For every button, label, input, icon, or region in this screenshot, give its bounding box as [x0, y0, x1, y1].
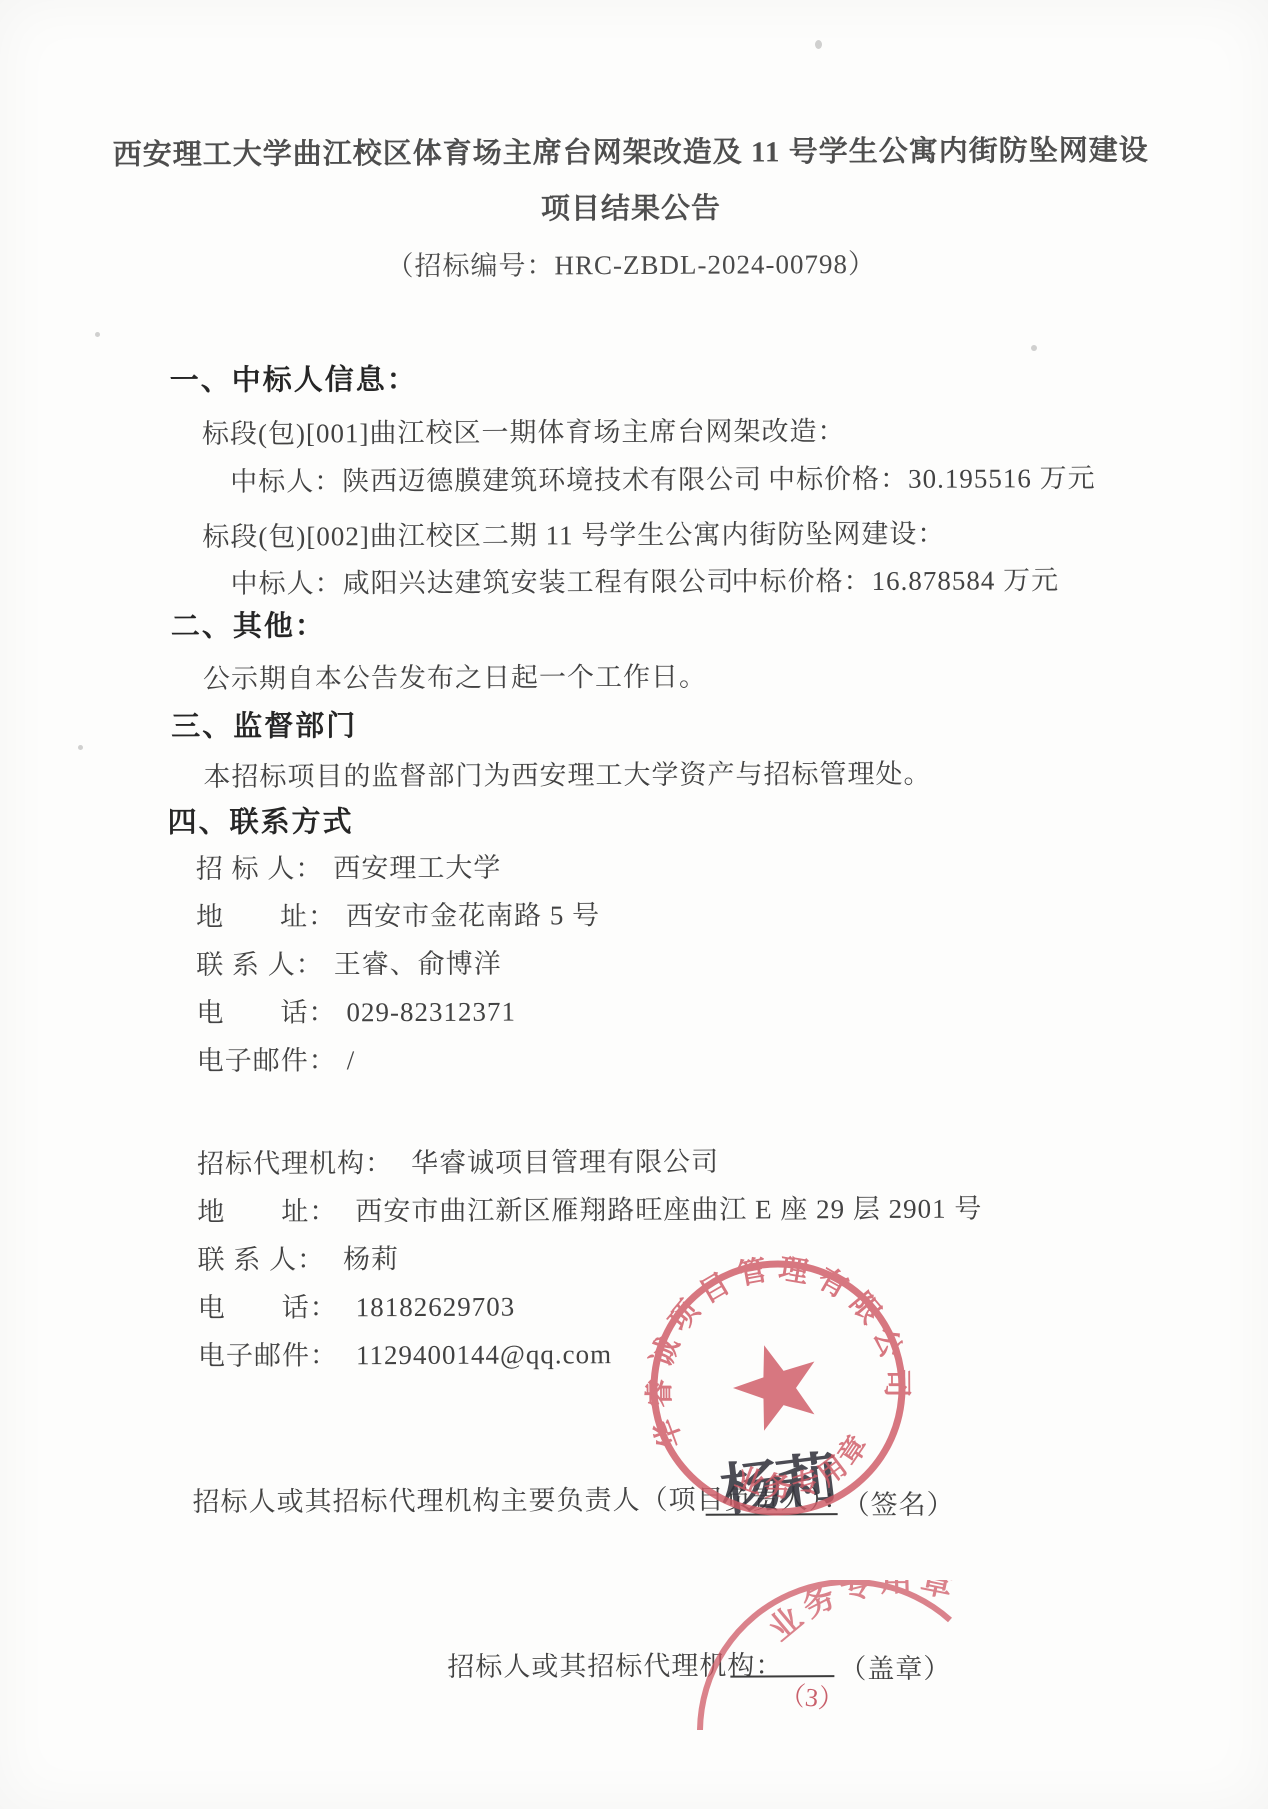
agency-value: 18182629703: [356, 1292, 516, 1323]
lot2-label: 标段(包)[002]曲江校区二期 11 号学生公寓内街防坠网建设：: [202, 512, 945, 554]
agency-value: 西安市曲江新区雁翔路旺座曲江 E 座 29 层 2901 号: [355, 1193, 982, 1226]
lot1-winner-line: 中标人：陕西迈德膜建筑环境技术有限公司 中标价格：30.195516 万元: [0, 455, 1266, 461]
tender-number: （招标编号：HRC-ZBDL-2024-00798）: [0, 240, 1265, 285]
tenderer-row: 电 话：029-82312371: [196, 987, 600, 1037]
agency-row: 地 址：西安市曲江新区雁翔路旺座曲江 E 座 29 层 2901 号: [197, 1184, 982, 1235]
lot1-winner: 中标人：陕西迈德膜建筑环境技术有限公司: [230, 457, 762, 498]
tenderer-value: /: [347, 1045, 356, 1075]
svg-text:业务专用章: 业务专用章: [762, 1580, 960, 1648]
document-title-line1: 西安理工大学曲江校区体育场主席台网架改造及 11 号学生公寓内街防坠网建设: [0, 127, 1265, 174]
tenderer-value: 西安市金花南路 5 号: [346, 900, 600, 931]
lot2-winner-line: 中标人：咸阳兴达建筑安装工程有限公司 中标价格：16.878584 万元: [0, 557, 1266, 563]
lot1-price-label: 中标价格：: [768, 464, 908, 495]
lot1-price-value: 30.195516 万元: [908, 463, 1096, 494]
section2-body: 公示期自本公告发布之日起一个工作日。: [203, 655, 707, 696]
tenderer-label: 联 系 人：: [196, 949, 324, 980]
tenderer-row: 招 标 人：西安理工大学: [196, 843, 600, 893]
tenderer-value: 王睿、俞博洋: [334, 949, 502, 980]
agency-value: 杨莉: [343, 1244, 399, 1274]
section3-body: 本招标项目的监督部门为西安理工大学资产与招标管理处。: [203, 752, 931, 794]
seal-purpose-fragment: 业务专用章: [762, 1580, 960, 1648]
tenderer-value: 029-82312371: [346, 997, 516, 1028]
agency-value: 华睿诚项目管理有限公司: [411, 1147, 719, 1178]
tenderer-contact-block: 招 标 人：西安理工大学 地 址：西安市金花南路 5 号 联 系 人：王睿、俞博…: [196, 843, 601, 1085]
section3-heading: 三、监督部门: [171, 703, 357, 745]
section4-heading: 四、联系方式: [168, 799, 354, 841]
agency-label: 电 话：: [198, 1292, 338, 1323]
lot1-label: 标段(包)[001]曲江校区一期体育场主席台网架改造：: [202, 409, 846, 451]
agency-row: 招标代理机构：华睿诚项目管理有限公司: [197, 1136, 982, 1187]
tenderer-label: 招 标 人：: [196, 853, 324, 884]
seal-star-icon: [723, 1332, 830, 1436]
tenderer-label: 电子邮件：: [197, 1045, 337, 1076]
company-seal: 华睿诚项目管理有限公司 业务专用章: [628, 1238, 928, 1538]
tenderer-row: 地 址：西安市金花南路 5 号: [196, 891, 600, 941]
lot2-price-label: 中标价格：: [732, 566, 872, 597]
company-seal-partial: 业务专用章: [660, 1580, 960, 1800]
lot2-price-value: 16.878584 万元: [872, 565, 1060, 596]
tenderer-row: 电子邮件：/: [197, 1035, 601, 1085]
lot1-price: 中标价格：30.195516 万元: [768, 456, 1096, 496]
tenderer-row: 联 系 人：王睿、俞博洋: [196, 939, 600, 989]
agency-label: 联 系 人：: [197, 1244, 325, 1275]
lot1-winner-label: 中标人：: [230, 466, 342, 496]
lot2-winner-name: 咸阳兴达建筑安装工程有限公司: [343, 567, 735, 599]
lot2-price: 中标价格：16.878584 万元: [731, 558, 1059, 598]
agency-value: 1129400144@qq.com: [356, 1339, 612, 1370]
announcement-page: 西安理工大学曲江校区体育场主席台网架改造及 11 号学生公寓内街防坠网建设 项目…: [0, 0, 1268, 1809]
section1-heading: 一、中标人信息：: [170, 357, 418, 399]
agency-label: 地 址：: [197, 1196, 337, 1227]
lot2-winner-label: 中标人：: [231, 568, 343, 598]
agency-label: 电子邮件：: [198, 1340, 338, 1371]
lot2-winner: 中标人：咸阳兴达建筑安装工程有限公司: [231, 560, 735, 601]
tenderer-label: 地 址：: [196, 901, 336, 932]
tenderer-value: 西安理工大学: [333, 853, 501, 884]
document-title-line2: 项目结果公告: [0, 183, 1265, 230]
agency-label: 招标代理机构：: [197, 1148, 393, 1179]
section2-heading: 二、其他：: [171, 603, 326, 645]
tenderer-label: 电 话：: [196, 997, 336, 1028]
lot1-winner-name: 陕西迈德膜建筑环境技术有限公司: [342, 464, 762, 496]
